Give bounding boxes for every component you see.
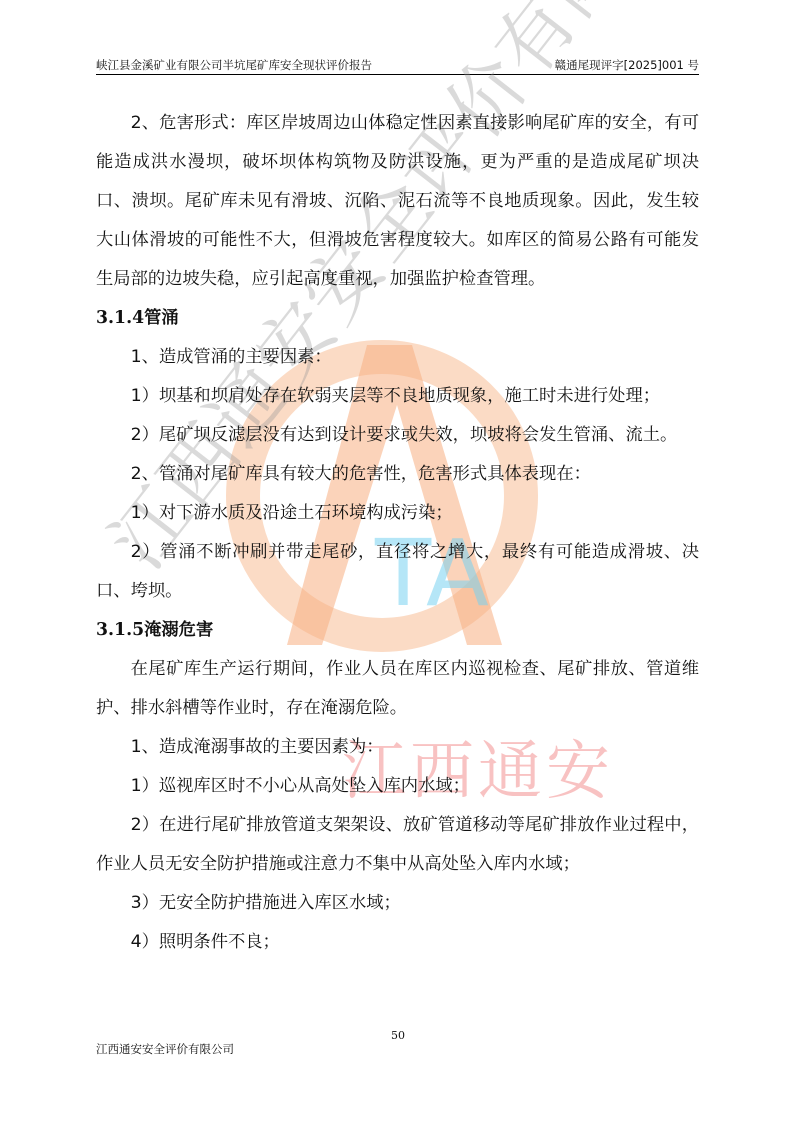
report-title: 峡江县金溪矿业有限公司半坑尾矿库安全现状评价报告 xyxy=(96,57,372,73)
section-heading-piping: 3.1.4管涌 xyxy=(96,299,699,338)
paragraph: 1、造成管涌的主要因素： xyxy=(96,338,699,377)
paragraph: 4）照明条件不良； xyxy=(96,923,699,962)
paragraph: 2、管涌对尾矿库具有较大的危害性，危害形式具体表现在： xyxy=(96,455,699,494)
paragraph: 1）巡视库区时不小心从高处坠入库内水域； xyxy=(96,767,699,806)
intro-paragraph: 2、危害形式：库区岸坡周边山体稳定性因素直接影响尾矿库的安全，有可能造成洪水漫坝… xyxy=(96,104,699,299)
paragraph: 2）在进行尾矿排放管道支架架设、放矿管道移动等尾矿排放作业过程中，作业人员无安全… xyxy=(96,806,699,884)
footer-company: 江西通安安全评价有限公司 xyxy=(96,1041,234,1057)
document-number: 赣通尾现评字[2025]001 号 xyxy=(555,57,699,73)
paragraph: 2）管涌不断冲刷并带走尾砂，直径将之增大，最终有可能造成滑坡、决口、垮坝。 xyxy=(96,533,699,611)
paragraph: 在尾矿库生产运行期间，作业人员在库区内巡视检查、尾矿排放、管道维护、排水斜槽等作… xyxy=(96,650,699,728)
paragraph: 1）坝基和坝肩处存在软弱夹层等不良地质现象，施工时未进行处理； xyxy=(96,377,699,416)
paragraph: 1）对下游水质及沿途土石环境构成污染； xyxy=(96,494,699,533)
section-heading-drowning: 3.1.5淹溺危害 xyxy=(96,611,699,650)
paragraph: 1、造成淹溺事故的主要因素为： xyxy=(96,728,699,767)
paragraph: 3）无安全防护措施进入库区水域； xyxy=(96,884,699,923)
page-number: 50 xyxy=(391,1029,405,1042)
document-page: 峡江县金溪矿业有限公司半坑尾矿库安全现状评价报告 赣通尾现评字[2025]001… xyxy=(0,0,793,1122)
document-body: 2、危害形式：库区岸坡周边山体稳定性因素直接影响尾矿库的安全，有可能造成洪水漫坝… xyxy=(96,104,699,962)
page-header: 峡江县金溪矿业有限公司半坑尾矿库安全现状评价报告 赣通尾现评字[2025]001… xyxy=(96,56,699,75)
paragraph: 2）尾矿坝反滤层没有达到设计要求或失效，坝坡将会发生管涌、流土。 xyxy=(96,416,699,455)
